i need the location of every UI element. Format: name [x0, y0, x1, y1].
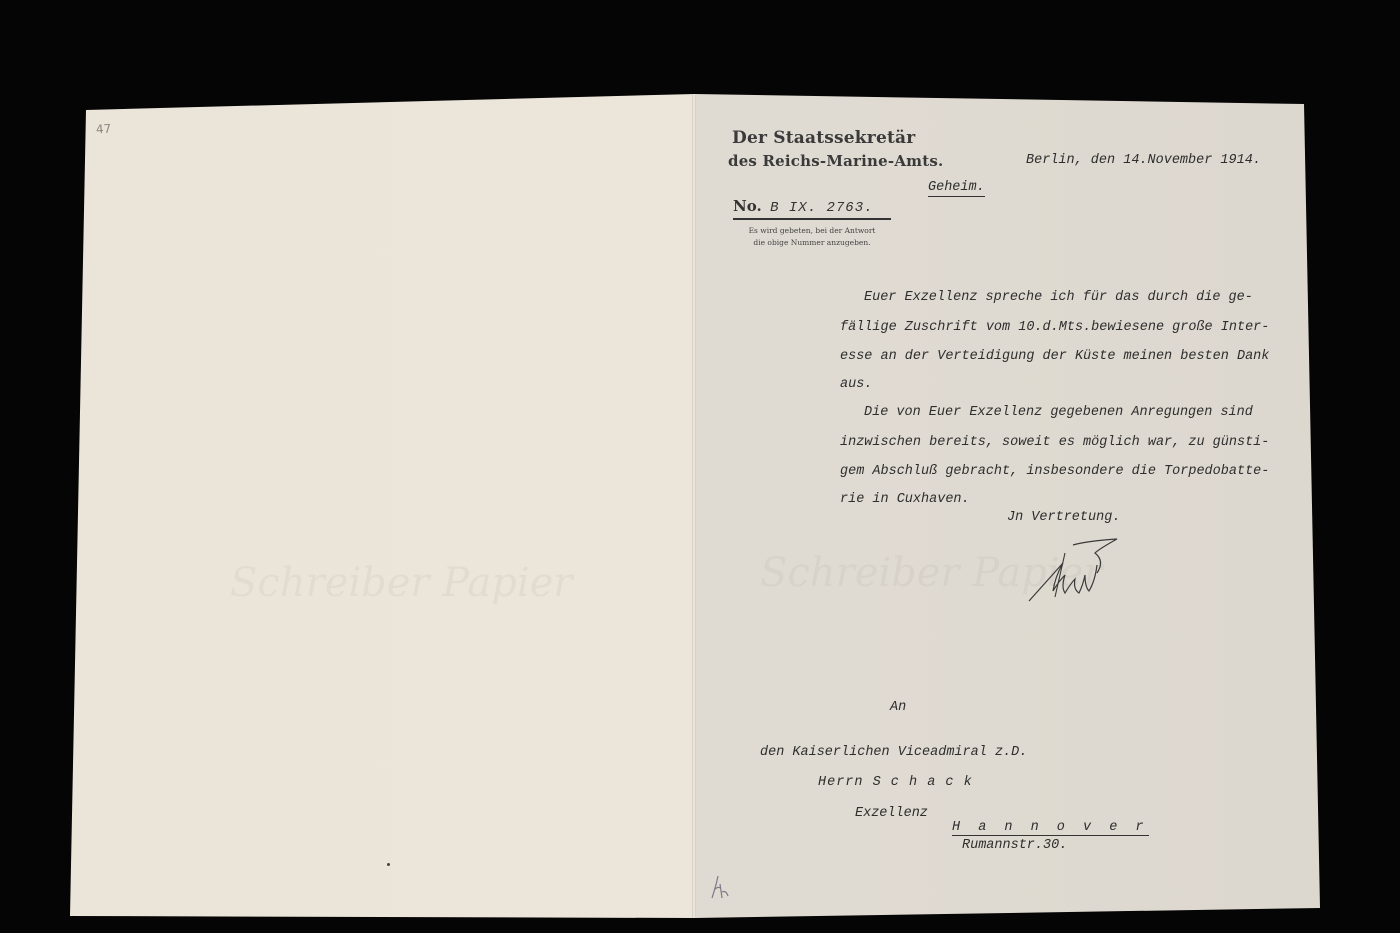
reference-note-line2: die obige Nummer anzugeben.: [737, 237, 887, 249]
corner-pencil-mark: 47: [96, 121, 112, 136]
body-line: fällige Zuschrift vom 10.d.Mts.bewiesene…: [840, 320, 1269, 335]
body-line: rie in Cuxhaven.: [840, 492, 970, 507]
letterhead-office: des Reichs-Marine-Amts.: [728, 152, 943, 170]
address-city: H a n n o v e r: [952, 820, 1149, 836]
pencil-initials-icon: [708, 872, 732, 902]
reference-prefix: No.: [733, 197, 762, 215]
address-line-3: Exzellenz: [855, 806, 928, 821]
photographed-letter: Schreiber Papier Schreiber Papier 47 Der…: [0, 0, 1400, 933]
signature-icon: [1025, 535, 1135, 605]
reference-value: B IX. 2763.: [770, 200, 873, 216]
center-fold: [692, 94, 696, 918]
body-line: inzwischen bereits, soweit es möglich wa…: [840, 435, 1269, 450]
address-line-2: Herrn S c h a c k: [818, 775, 973, 790]
address-to: An: [890, 700, 906, 715]
reference-number: No. B IX. 2763.: [733, 197, 891, 220]
letterhead-title: Der Staatssekretär: [732, 128, 915, 148]
body-line: Die von Euer Exzellenz gegebenen Anregun…: [864, 405, 1253, 420]
body-line: esse an der Verteidigung der Küste meine…: [840, 349, 1269, 364]
place-date: Berlin, den 14.November 1914.: [1026, 153, 1261, 168]
body-line: aus.: [840, 377, 872, 392]
body-line: gem Abschluß gebracht, insbesondere die …: [840, 464, 1269, 479]
body-line: Euer Exzellenz spreche ich für das durch…: [864, 290, 1253, 305]
closing: Jn Vertretung.: [1007, 510, 1120, 525]
reference-note: Es wird gebeten, bei der Antwort die obi…: [737, 225, 887, 249]
paper-speck: [387, 863, 390, 866]
address-line-1: den Kaiserlichen Viceadmiral z.D.: [760, 745, 1027, 760]
classification-mark: Geheim.: [928, 180, 985, 197]
reference-note-line1: Es wird gebeten, bei der Antwort: [737, 225, 887, 237]
address-street: Rumannstr.30.: [962, 838, 1067, 853]
left-watermark: Schreiber Papier: [230, 560, 572, 606]
